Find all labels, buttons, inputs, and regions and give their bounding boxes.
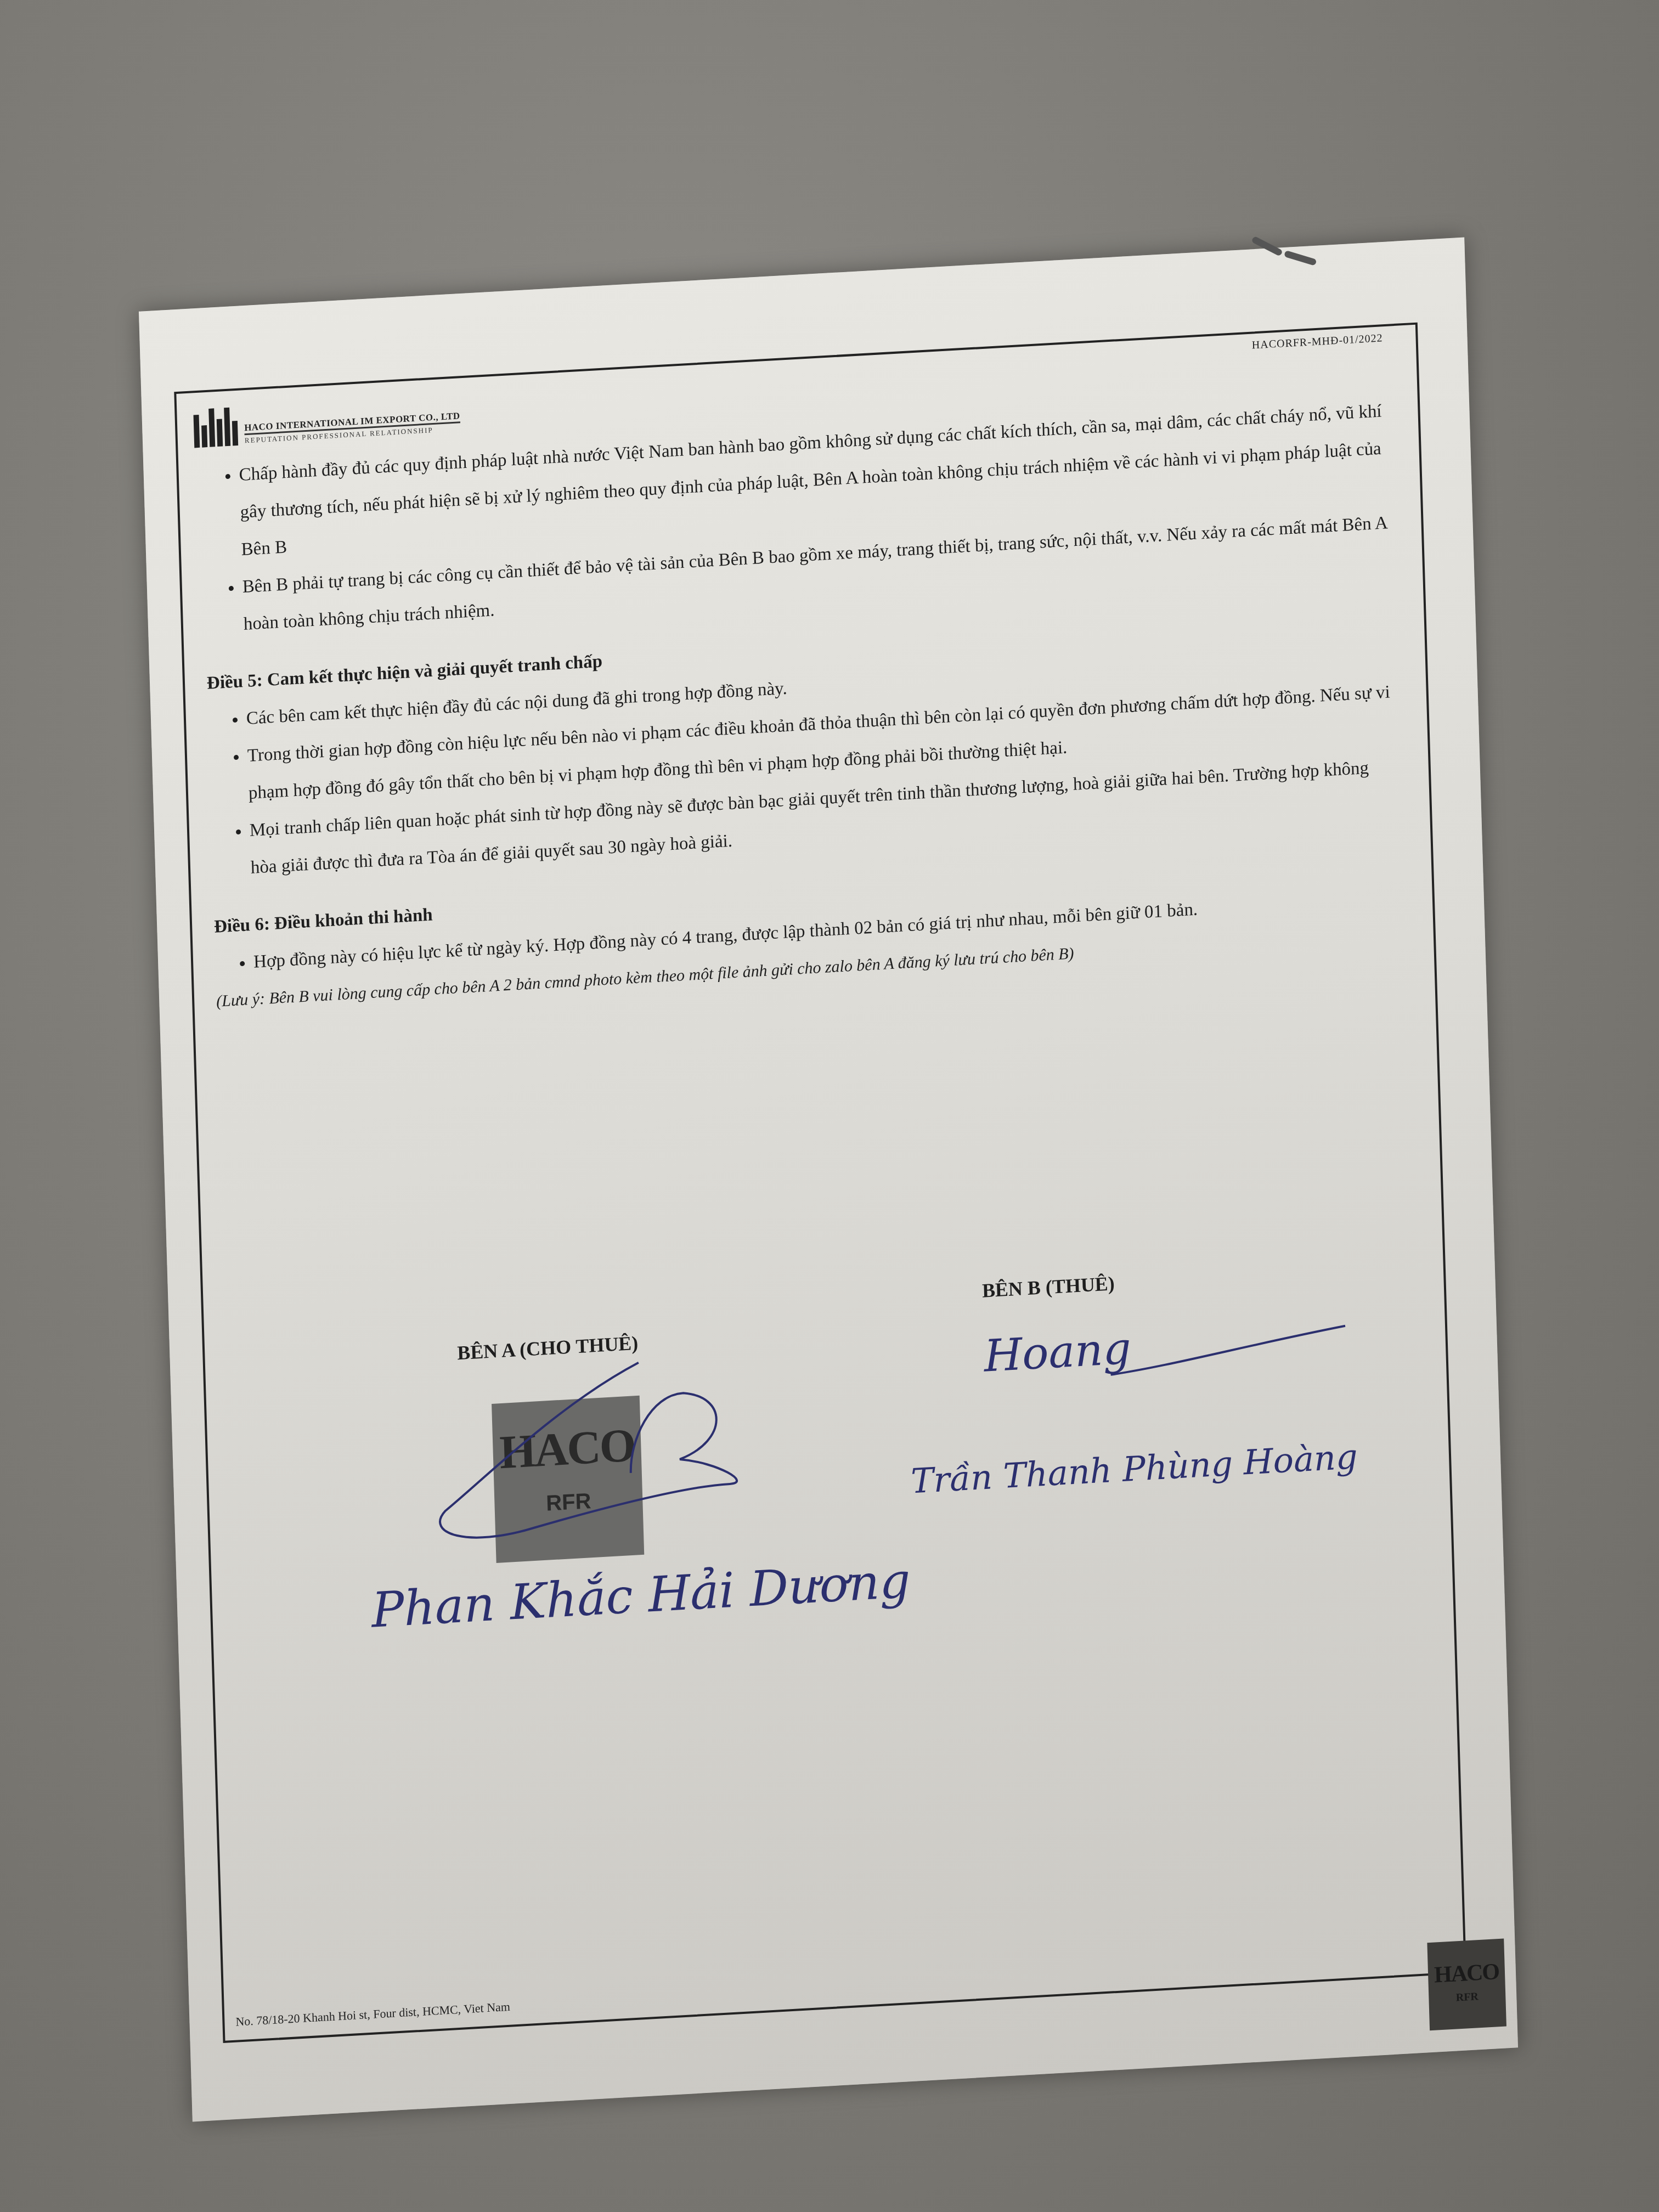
page-border: HACO INTERNATIONAL IM EXPORT CO., LTD RE… [174,323,1466,2043]
footer-stamp: HACO RFR [1427,1938,1506,2030]
party-b-signature-stroke [1104,1323,1352,1380]
party-b-handwritten-name: Trần Thanh Phùng Hoàng [910,1438,1358,1500]
footer-address: No. 78/18-20 Khanh Hoi st, Four dist, HC… [235,2000,510,2029]
document-code: HACORFR-MHĐ-01/2022 [1252,332,1383,352]
party-a-signature-scribble [419,1351,754,1578]
contract-body: Chấp hành đầy đủ các quy định pháp luật … [200,392,1401,1020]
staple-mark [1284,250,1317,266]
contract-page: HACO INTERNATIONAL IM EXPORT CO., LTD RE… [139,238,1518,2122]
footer-stamp-sub: RFR [1429,1989,1505,2006]
company-logo-icon [193,407,238,448]
party-b-label: BÊN B (THUÊ) [981,1265,1115,1310]
signature-block: BÊN A (CHO THUÊ) BÊN B (THUÊ) HACO RFR P… [225,1248,1421,1699]
staple-mark [1251,236,1283,257]
letterhead: HACO INTERNATIONAL IM EXPORT CO., LTD RE… [193,394,460,448]
footer-stamp-main: HACO [1427,1958,1505,1989]
